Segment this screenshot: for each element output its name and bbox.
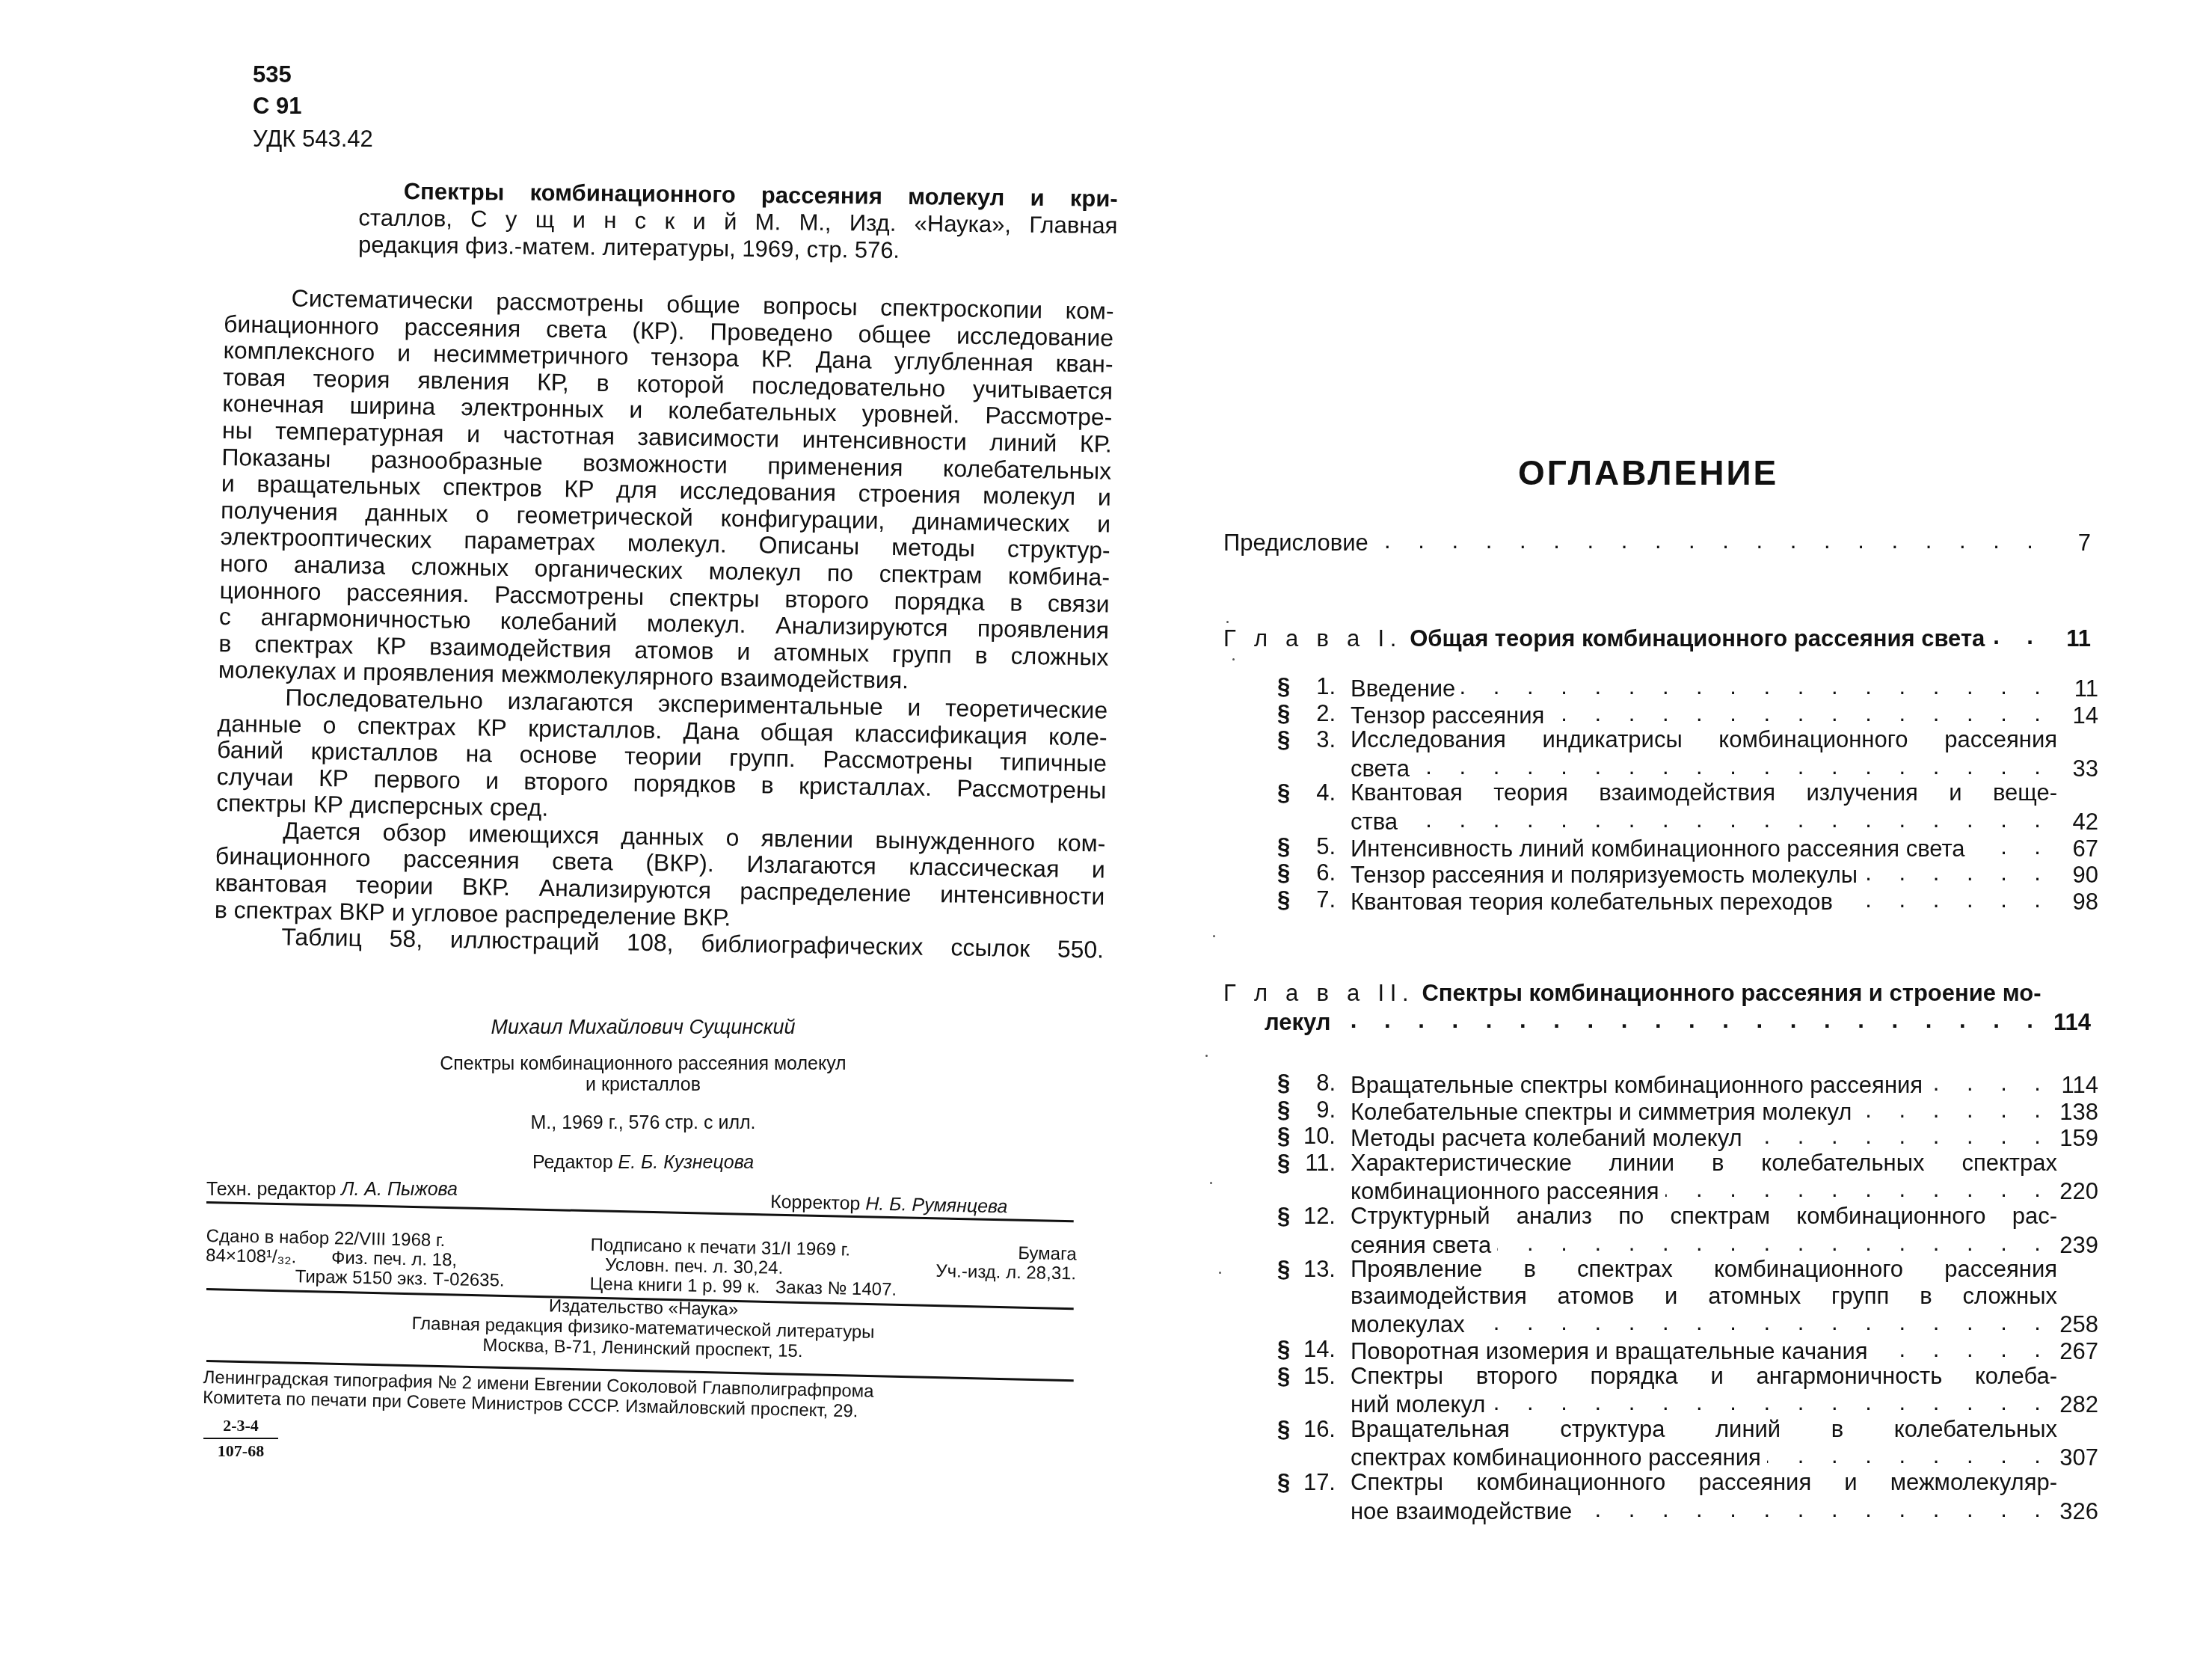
- section-line: Интенсивность линий комбинационного расс…: [1351, 833, 2098, 862]
- proofreader-label: Корректор: [770, 1192, 861, 1215]
- chapter-prefix: Г л а в а II.: [1223, 980, 1414, 1007]
- section-title: Вращательная структура линий в колебател…: [1351, 1416, 2057, 1443]
- colophon-title-line2: и кристаллов: [202, 1074, 1084, 1096]
- colophon-title-line1: Спектры комбинационного рассеяния молеку…: [202, 1053, 1084, 1075]
- dot-leader: [1471, 1309, 2051, 1332]
- section-number: 11.: [1298, 1150, 1336, 1177]
- author-mark: С 91: [253, 93, 301, 120]
- section-number: 5.: [1298, 833, 1336, 860]
- section-line: Спектры комбинационного рассеяния и межм…: [1351, 1469, 2098, 1496]
- toc-page-number: 307: [2057, 1444, 2098, 1471]
- section-symbol-icon: §: [1277, 1336, 1290, 1363]
- section-number: 2.: [1298, 700, 1336, 727]
- price: Цена книги 1 р. 99 к.: [590, 1274, 761, 1297]
- section-number: 15.: [1298, 1363, 1336, 1390]
- toc-chapter-continuation[interactable]: лекул114: [1265, 1007, 2091, 1036]
- section-number: 16.: [1298, 1416, 1336, 1443]
- dot-leader: [1864, 859, 2051, 883]
- scan-speck: [1205, 1055, 1208, 1057]
- section-symbol-icon: §: [1277, 1256, 1290, 1283]
- dot-leader: [1550, 700, 2051, 723]
- section-line: Структурный анализ по спектрам комбинаци…: [1351, 1203, 2098, 1230]
- order-number: Заказ № 1407.: [775, 1278, 897, 1300]
- toc-title: ОГЛАВЛЕНИЕ: [1518, 453, 1778, 493]
- section-title: Характеристические линии в колебательных…: [1351, 1150, 2057, 1177]
- dot-leader: [1461, 673, 2051, 696]
- section-symbol-icon: §: [1277, 1097, 1290, 1123]
- scan-speck: [1213, 935, 1215, 937]
- section-number: 9.: [1298, 1097, 1336, 1123]
- chapter-title: Спектры комбинационного рассеяния и стро…: [1422, 980, 2041, 1007]
- toc-page-number: 7: [2050, 530, 2091, 557]
- section-line: света33: [1351, 753, 2098, 782]
- dot-leader: [1337, 1007, 2044, 1030]
- production-right: Подписано к печати 31/I 1969 г. Бумага У…: [590, 1236, 1077, 1303]
- udk-code: УДК 543.42: [253, 126, 373, 153]
- section-title: ства: [1351, 809, 1398, 836]
- print-run: Тираж 5150 экз. Т-02635.: [206, 1266, 505, 1291]
- toc-page-number: 326: [2057, 1498, 2098, 1525]
- editor-name: Е. Б. Кузнецова: [618, 1152, 755, 1173]
- section-title: Структурный анализ по спектрам комбинаци…: [1351, 1203, 2057, 1230]
- section-symbol-icon: §: [1277, 859, 1290, 886]
- toc-page-number: 98: [2057, 889, 2098, 916]
- abstract: Систематически рассмотрены общие вопросы…: [214, 284, 1114, 963]
- section-symbol-icon: §: [1277, 1150, 1290, 1177]
- section-title: Спектры комбинационного рассеяния и межм…: [1351, 1469, 2057, 1496]
- section-symbol-icon: §: [1277, 1469, 1290, 1496]
- chapter-title: Общая теория комбинационного рассеяния с…: [1410, 625, 1985, 652]
- toc-page-number: 239: [2057, 1232, 2098, 1259]
- section-number: 8.: [1298, 1070, 1336, 1097]
- section-title: взаимодействия атомов и атомных групп в …: [1351, 1283, 2057, 1310]
- section-line: Спектры второго порядка и ангармоничност…: [1351, 1363, 2098, 1390]
- section-title: Спектры второго порядка и ангармоничност…: [1351, 1363, 2057, 1390]
- section-line: Проявление в спектрах комбинационного ра…: [1351, 1256, 2098, 1283]
- section-title: ний молекул: [1351, 1391, 1485, 1418]
- section-line: Вращательные спектры комбинационного рас…: [1351, 1070, 2098, 1099]
- section-symbol-icon: §: [1277, 779, 1290, 806]
- section-line: Тензор рассеяния14: [1351, 700, 2098, 729]
- section-title: Тензор рассеяния и поляризуемость молеку…: [1351, 862, 1858, 889]
- production-left: Сдано в набор 22/VIII 1968 г. 84×108¹/₃₂…: [206, 1227, 506, 1291]
- section-number: 13.: [1298, 1256, 1336, 1283]
- section-line: молекулах258: [1351, 1309, 2098, 1338]
- toc-page-number: 11: [2050, 625, 2091, 652]
- section-title: Интенсивность линий комбинационного расс…: [1351, 836, 1965, 862]
- chapter-prefix: Г л а в а I.: [1223, 625, 1402, 652]
- section-line: Методы расчета колебаний молекул159: [1351, 1123, 2098, 1152]
- scan-speck: [1219, 1272, 1221, 1274]
- toc-page-number: 114: [2057, 1072, 2098, 1099]
- section-symbol-icon: §: [1277, 1070, 1290, 1097]
- section-title: Квантовая теория взаимодействия излучени…: [1351, 779, 2057, 806]
- toc-page-number: 267: [2057, 1338, 2098, 1365]
- section-title: Колебательные спектры и симметрия молеку…: [1351, 1099, 1852, 1126]
- section-title: Методы расчета колебаний молекул: [1351, 1125, 1742, 1152]
- dot-leader: [1858, 1097, 2051, 1120]
- toc-page-number: 159: [2057, 1125, 2098, 1152]
- section-line: ний молекул282: [1351, 1389, 2098, 1418]
- dot-leader: [1578, 1496, 2051, 1519]
- chapter-title: лекул: [1265, 1009, 1331, 1036]
- tech-editor-name: Л. А. Пыжова: [341, 1179, 458, 1200]
- dot-leader: [1374, 527, 2044, 551]
- section-title: Вращательные спектры комбинационного рас…: [1351, 1072, 1923, 1099]
- toc-page-number: 114: [2050, 1009, 2091, 1036]
- dot-leader: [1839, 886, 2051, 910]
- toc-chapter-2[interactable]: Г л а в а II.Спектры комбинационного рас…: [1223, 980, 2091, 1007]
- imprint: М., 1969 г., 576 стр. с илл.: [202, 1112, 1084, 1134]
- toc-chapter-1[interactable]: Г л а в а I.Общая теория комбинационного…: [1223, 623, 2091, 652]
- section-line: сеяния света239: [1351, 1230, 2098, 1259]
- toc-page-number: 11: [2057, 675, 2098, 702]
- fraction-bar: [203, 1438, 278, 1439]
- author-full-name: Михаил Михайлович Сущинский: [202, 1016, 1084, 1039]
- scan-speck: [1226, 621, 1229, 623]
- toc-page-number: 138: [2057, 1099, 2098, 1126]
- bbk-code: 535: [253, 61, 292, 88]
- dot-leader: [1971, 833, 2051, 856]
- section-title: Квантовая теория колебательных переходов: [1351, 889, 1833, 916]
- paper-label: Бумага: [1018, 1244, 1077, 1264]
- index-code: 2-3-4 107-68: [203, 1416, 278, 1461]
- section-number: 10.: [1298, 1123, 1336, 1150]
- section-title: комбинационного рассеяния: [1351, 1178, 1659, 1205]
- section-number: 17.: [1298, 1469, 1336, 1496]
- dot-leader: [1929, 1070, 2051, 1093]
- section-number: 3.: [1298, 726, 1336, 753]
- toc-page-number: 14: [2057, 702, 2098, 729]
- toc-entry-preface[interactable]: Предисловие7: [1223, 527, 2091, 557]
- bibliographic-entry: Спектры комбинационного рассеяния молеку…: [403, 178, 1118, 266]
- section-title: Введение: [1351, 675, 1455, 702]
- dot-leader: [1874, 1336, 2052, 1359]
- editor-label: Редактор: [532, 1152, 613, 1173]
- section-number: 1.: [1298, 673, 1336, 700]
- section-line: Вращательная структура линий в колебател…: [1351, 1416, 2098, 1443]
- proofreader-name: Н. Б. Румянцева: [865, 1193, 1008, 1217]
- dot-leader: [1404, 806, 2051, 830]
- section-symbol-icon: §: [1277, 1123, 1290, 1150]
- editor: Редактор Е. Б. Кузнецова: [202, 1152, 1084, 1174]
- section-title: Тензор рассеяния: [1351, 702, 1544, 729]
- section-title: ное взаимодействие: [1351, 1498, 1572, 1525]
- section-line: комбинационного рассеяния220: [1351, 1176, 2098, 1205]
- section-number: 6.: [1298, 859, 1336, 886]
- publisher-sheets: Уч.-изд. л. 28,31.: [936, 1262, 1076, 1284]
- section-number: 12.: [1298, 1203, 1336, 1230]
- section-line: ное взаимодействие326: [1351, 1496, 2098, 1525]
- section-symbol-icon: §: [1277, 886, 1290, 913]
- section-line: Характеристические линии в колебательных…: [1351, 1150, 2098, 1177]
- section-title: света: [1351, 755, 1410, 782]
- section-line: Квантовая теория колебательных переходов…: [1351, 886, 2098, 916]
- section-title: Проявление в спектрах комбинационного ра…: [1351, 1256, 2057, 1283]
- section-line: Исследования индикатрисы комбинационного…: [1351, 726, 2098, 753]
- section-line: Колебательные спектры и симметрия молеку…: [1351, 1097, 2098, 1126]
- toc-page-number: 282: [2057, 1391, 2098, 1418]
- dot-leader: [1991, 623, 2044, 646]
- section-line: Поворотная изомерия и вращательные качан…: [1351, 1336, 2098, 1365]
- code-denominator: 107-68: [203, 1441, 278, 1461]
- toc-page-number: 33: [2057, 755, 2098, 782]
- toc-page-number: 258: [2057, 1311, 2098, 1338]
- section-symbol-icon: §: [1277, 700, 1290, 727]
- toc-page-number: 67: [2057, 836, 2098, 862]
- toc-page-number: 90: [2057, 862, 2098, 889]
- section-line: ства42: [1351, 806, 2098, 836]
- dot-leader: [1767, 1442, 2051, 1465]
- section-number: 4.: [1298, 779, 1336, 806]
- scan-speck: [1210, 1182, 1212, 1184]
- dot-leader: [1748, 1123, 2051, 1146]
- section-title: Исследования индикатрисы комбинационного…: [1351, 726, 2057, 753]
- section-symbol-icon: §: [1277, 726, 1290, 753]
- section-line: Введение11: [1351, 673, 2098, 702]
- dot-leader: [1497, 1230, 2051, 1253]
- section-number: 14.: [1298, 1336, 1336, 1363]
- section-symbol-icon: §: [1277, 833, 1290, 860]
- section-title: молекулах: [1351, 1311, 1465, 1338]
- section-title: спектрах комбинационного рассеяния: [1351, 1444, 1761, 1471]
- paper-format: 84×108¹/₃₂.: [206, 1245, 297, 1267]
- dot-leader: [1416, 753, 2051, 776]
- dot-leader: [1491, 1389, 2051, 1412]
- tech-editor-label: Техн. редактор: [206, 1179, 336, 1200]
- code-numerator: 2-3-4: [203, 1416, 278, 1435]
- section-symbol-icon: §: [1277, 673, 1290, 700]
- dot-leader: [1665, 1176, 2051, 1199]
- section-symbol-icon: §: [1277, 1416, 1290, 1443]
- toc-page-number: 220: [2057, 1178, 2098, 1205]
- toc-entry-label: Предисловие: [1223, 530, 1368, 557]
- toc-page-number: 42: [2057, 809, 2098, 836]
- section-symbol-icon: §: [1277, 1203, 1290, 1230]
- section-number: 7.: [1298, 886, 1336, 913]
- scan-speck: [1232, 658, 1235, 660]
- section-line: взаимодействия атомов и атомных групп в …: [1351, 1283, 2098, 1310]
- tech-editor: Техн. редактор Л. А. Пыжова: [206, 1179, 458, 1201]
- section-line: Тензор рассеяния и поляризуемость молеку…: [1351, 859, 2098, 889]
- section-title: сеяния света: [1351, 1232, 1491, 1259]
- section-line: Квантовая теория взаимодействия излучени…: [1351, 779, 2098, 806]
- section-line: спектрах комбинационного рассеяния307: [1351, 1442, 2098, 1471]
- section-title: Поворотная изомерия и вращательные качан…: [1351, 1338, 1868, 1365]
- printer-block: Ленинградская типография № 2 имени Евген…: [203, 1367, 874, 1422]
- section-symbol-icon: §: [1277, 1363, 1290, 1390]
